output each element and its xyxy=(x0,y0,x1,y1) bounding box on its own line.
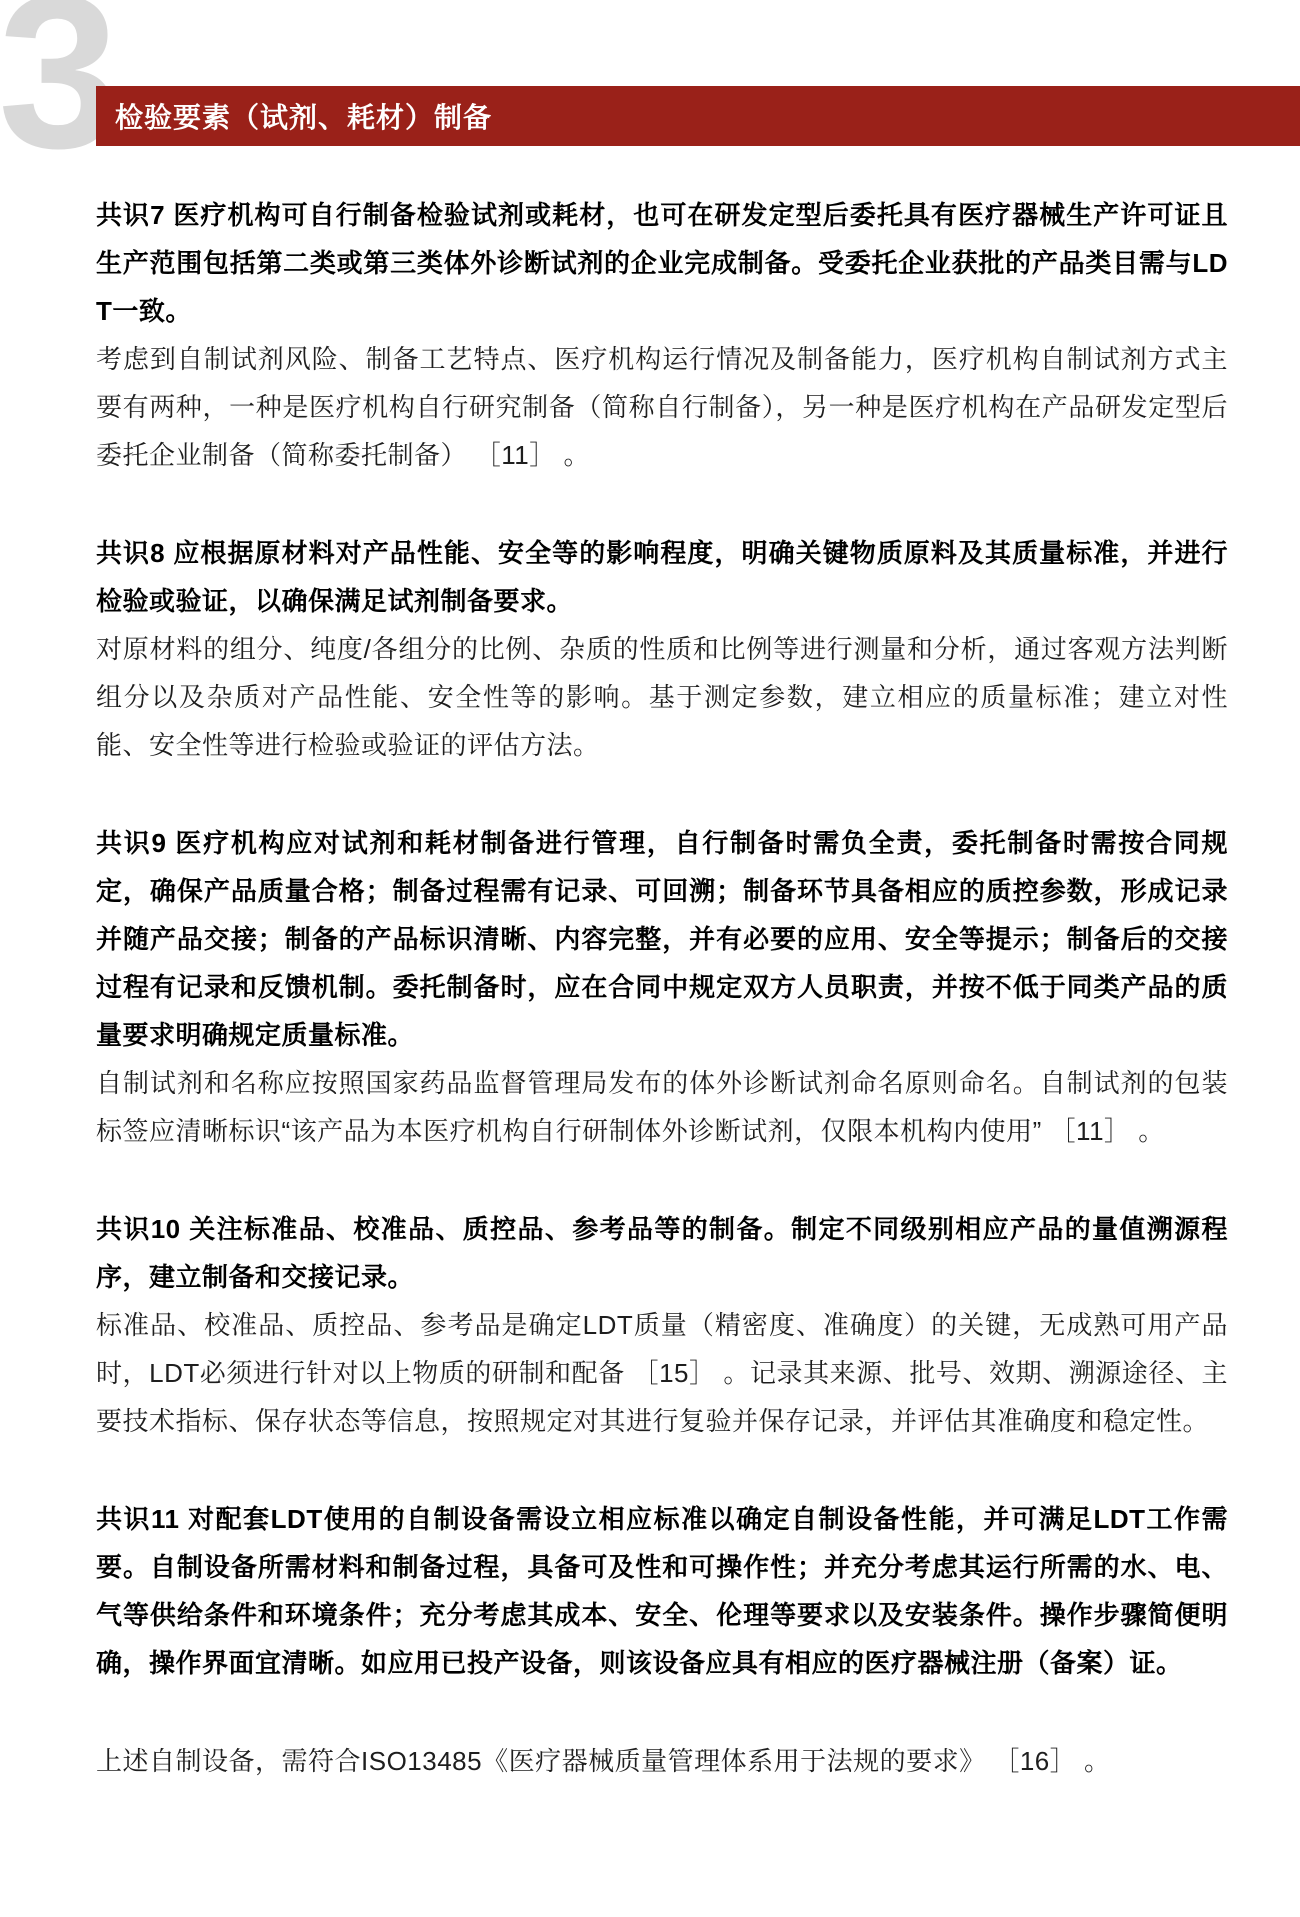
consensus-paragraph: 共识10 关注标准品、校准品、质控品、参考品等的制备。制定不同级别相应产品的量值… xyxy=(96,1205,1228,1301)
body-paragraph: 上述自制设备，需符合ISO13485《医疗器械质量管理体系用于法规的要求》 ［1… xyxy=(96,1737,1228,1785)
body-paragraph: 自制试剂和名称应按照国家药品监督管理局发布的体外诊断试剂命名原则命名。自制试剂的… xyxy=(96,1059,1228,1155)
section-header-banner: 检验要素（试剂、耗材）制备 xyxy=(96,86,1300,146)
body-paragraph: 考虑到自制试剂风险、制备工艺特点、医疗机构运行情况及制备能力，医疗机构自制试剂方… xyxy=(96,335,1228,479)
body-paragraph: 对原材料的组分、纯度/各组分的比例、杂质的性质和比例等进行测量和分析，通过客观方… xyxy=(96,625,1228,769)
consensus-paragraph: 共识8 应根据原材料对产品性能、安全等的影响程度，明确关键物质原料及其质量标准，… xyxy=(96,529,1228,625)
consensus-paragraph: 共识9 医疗机构应对试剂和耗材制备进行管理，自行制备时需负全责，委托制备时需按合… xyxy=(96,819,1228,1059)
consensus-paragraph: 共识7 医疗机构可自行制备检验试剂或耗材，也可在研发定型后委托具有医疗器械生产许… xyxy=(96,191,1228,335)
document-body: 共识7 医疗机构可自行制备检验试剂或耗材，也可在研发定型后委托具有医疗器械生产许… xyxy=(96,191,1228,1785)
consensus-paragraph: 共识11 对配套LDT使用的自制设备需设立相应标准以确定自制设备性能，并可满足L… xyxy=(96,1495,1228,1687)
body-paragraph: 标准品、校准品、质控品、参考品是确定LDT质量（精密度、准确度）的关键，无成熟可… xyxy=(96,1301,1228,1445)
document-page: 3 检验要素（试剂、耗材）制备 共识7 医疗机构可自行制备检验试剂或耗材，也可在… xyxy=(0,0,1300,1917)
section-title: 检验要素（试剂、耗材）制备 xyxy=(96,96,492,136)
